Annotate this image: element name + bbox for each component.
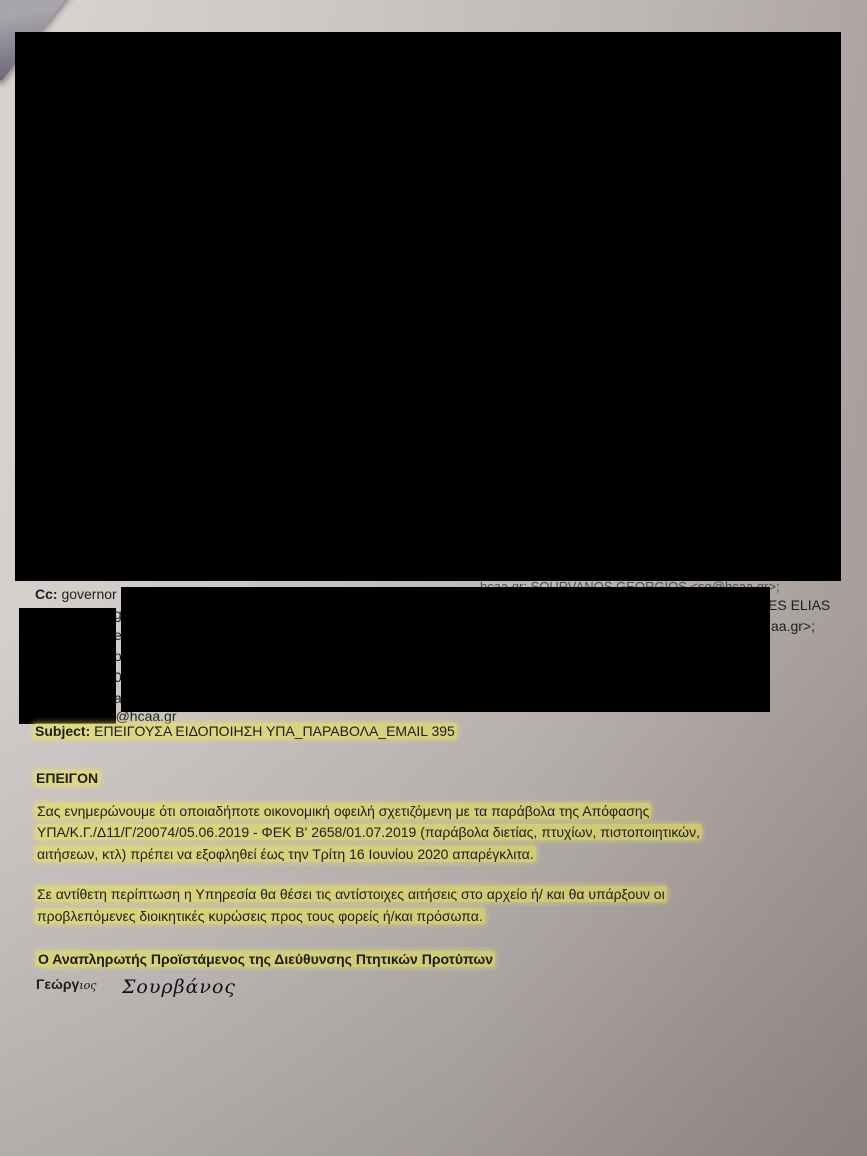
paragraph-1-line-2: ΥΠΑ/Κ.Γ./Δ11/Γ/20074/05.06.2019 - ΦΕΚ Β'… [35,823,702,841]
cc-value-start: governor [61,586,116,602]
redaction-block-cc-main [121,587,770,712]
redaction-block-cc-left [19,608,116,724]
paragraph-1-line-3: αιτήσεων, κτλ) πρέπει να εξοφληθεί έως τ… [35,845,536,863]
handwritten-signature: Σουρβάνος [122,978,236,996]
cc-label: Cc: [35,586,58,602]
paragraph-1-line-1: Σας ενημερώνουμε ότι οποιαδήποτε οικονομ… [35,802,651,820]
signature-first-name-printed: Γεώργ [36,976,79,992]
paragraph-2-line-2: προβλεπόμενες διοικητικές κυρώσεις προς … [35,907,485,925]
cc-fragment-right-1: ES ELIAS [768,596,830,614]
redaction-block-header [15,32,841,581]
cc-fragment-right-2: aa.gr>; [771,617,815,635]
subject-value: ΕΠΕΙΓΟΥΣΑ ΕΙΔΟΠΟΙΗΣΗ ΥΠΑ_ΠΑΡΑΒΟΛΑ_EMAIL … [94,723,455,739]
cc-line: Cc: governor [35,585,117,603]
signature-name: Γεώργιος [36,975,96,995]
paragraph-2-line-1: Σε αντίθετη περίπτωση η Υπηρεσία θα θέσε… [35,885,667,903]
subject-line: Subject: ΕΠΕΙΓΟΥΣΑ ΕΙΔΟΠΟΙΗΣΗ ΥΠΑ_ΠΑΡΑΒΟ… [33,722,457,740]
signature-first-name-handwritten: ιος [79,979,96,992]
signature-title: Ο Αναπληρωτής Προϊστάμενος της Διεύθυνση… [36,950,495,968]
subject-label: Subject: [35,723,90,739]
urgent-heading: ΕΠΕΙΓΟΝ [34,769,100,787]
